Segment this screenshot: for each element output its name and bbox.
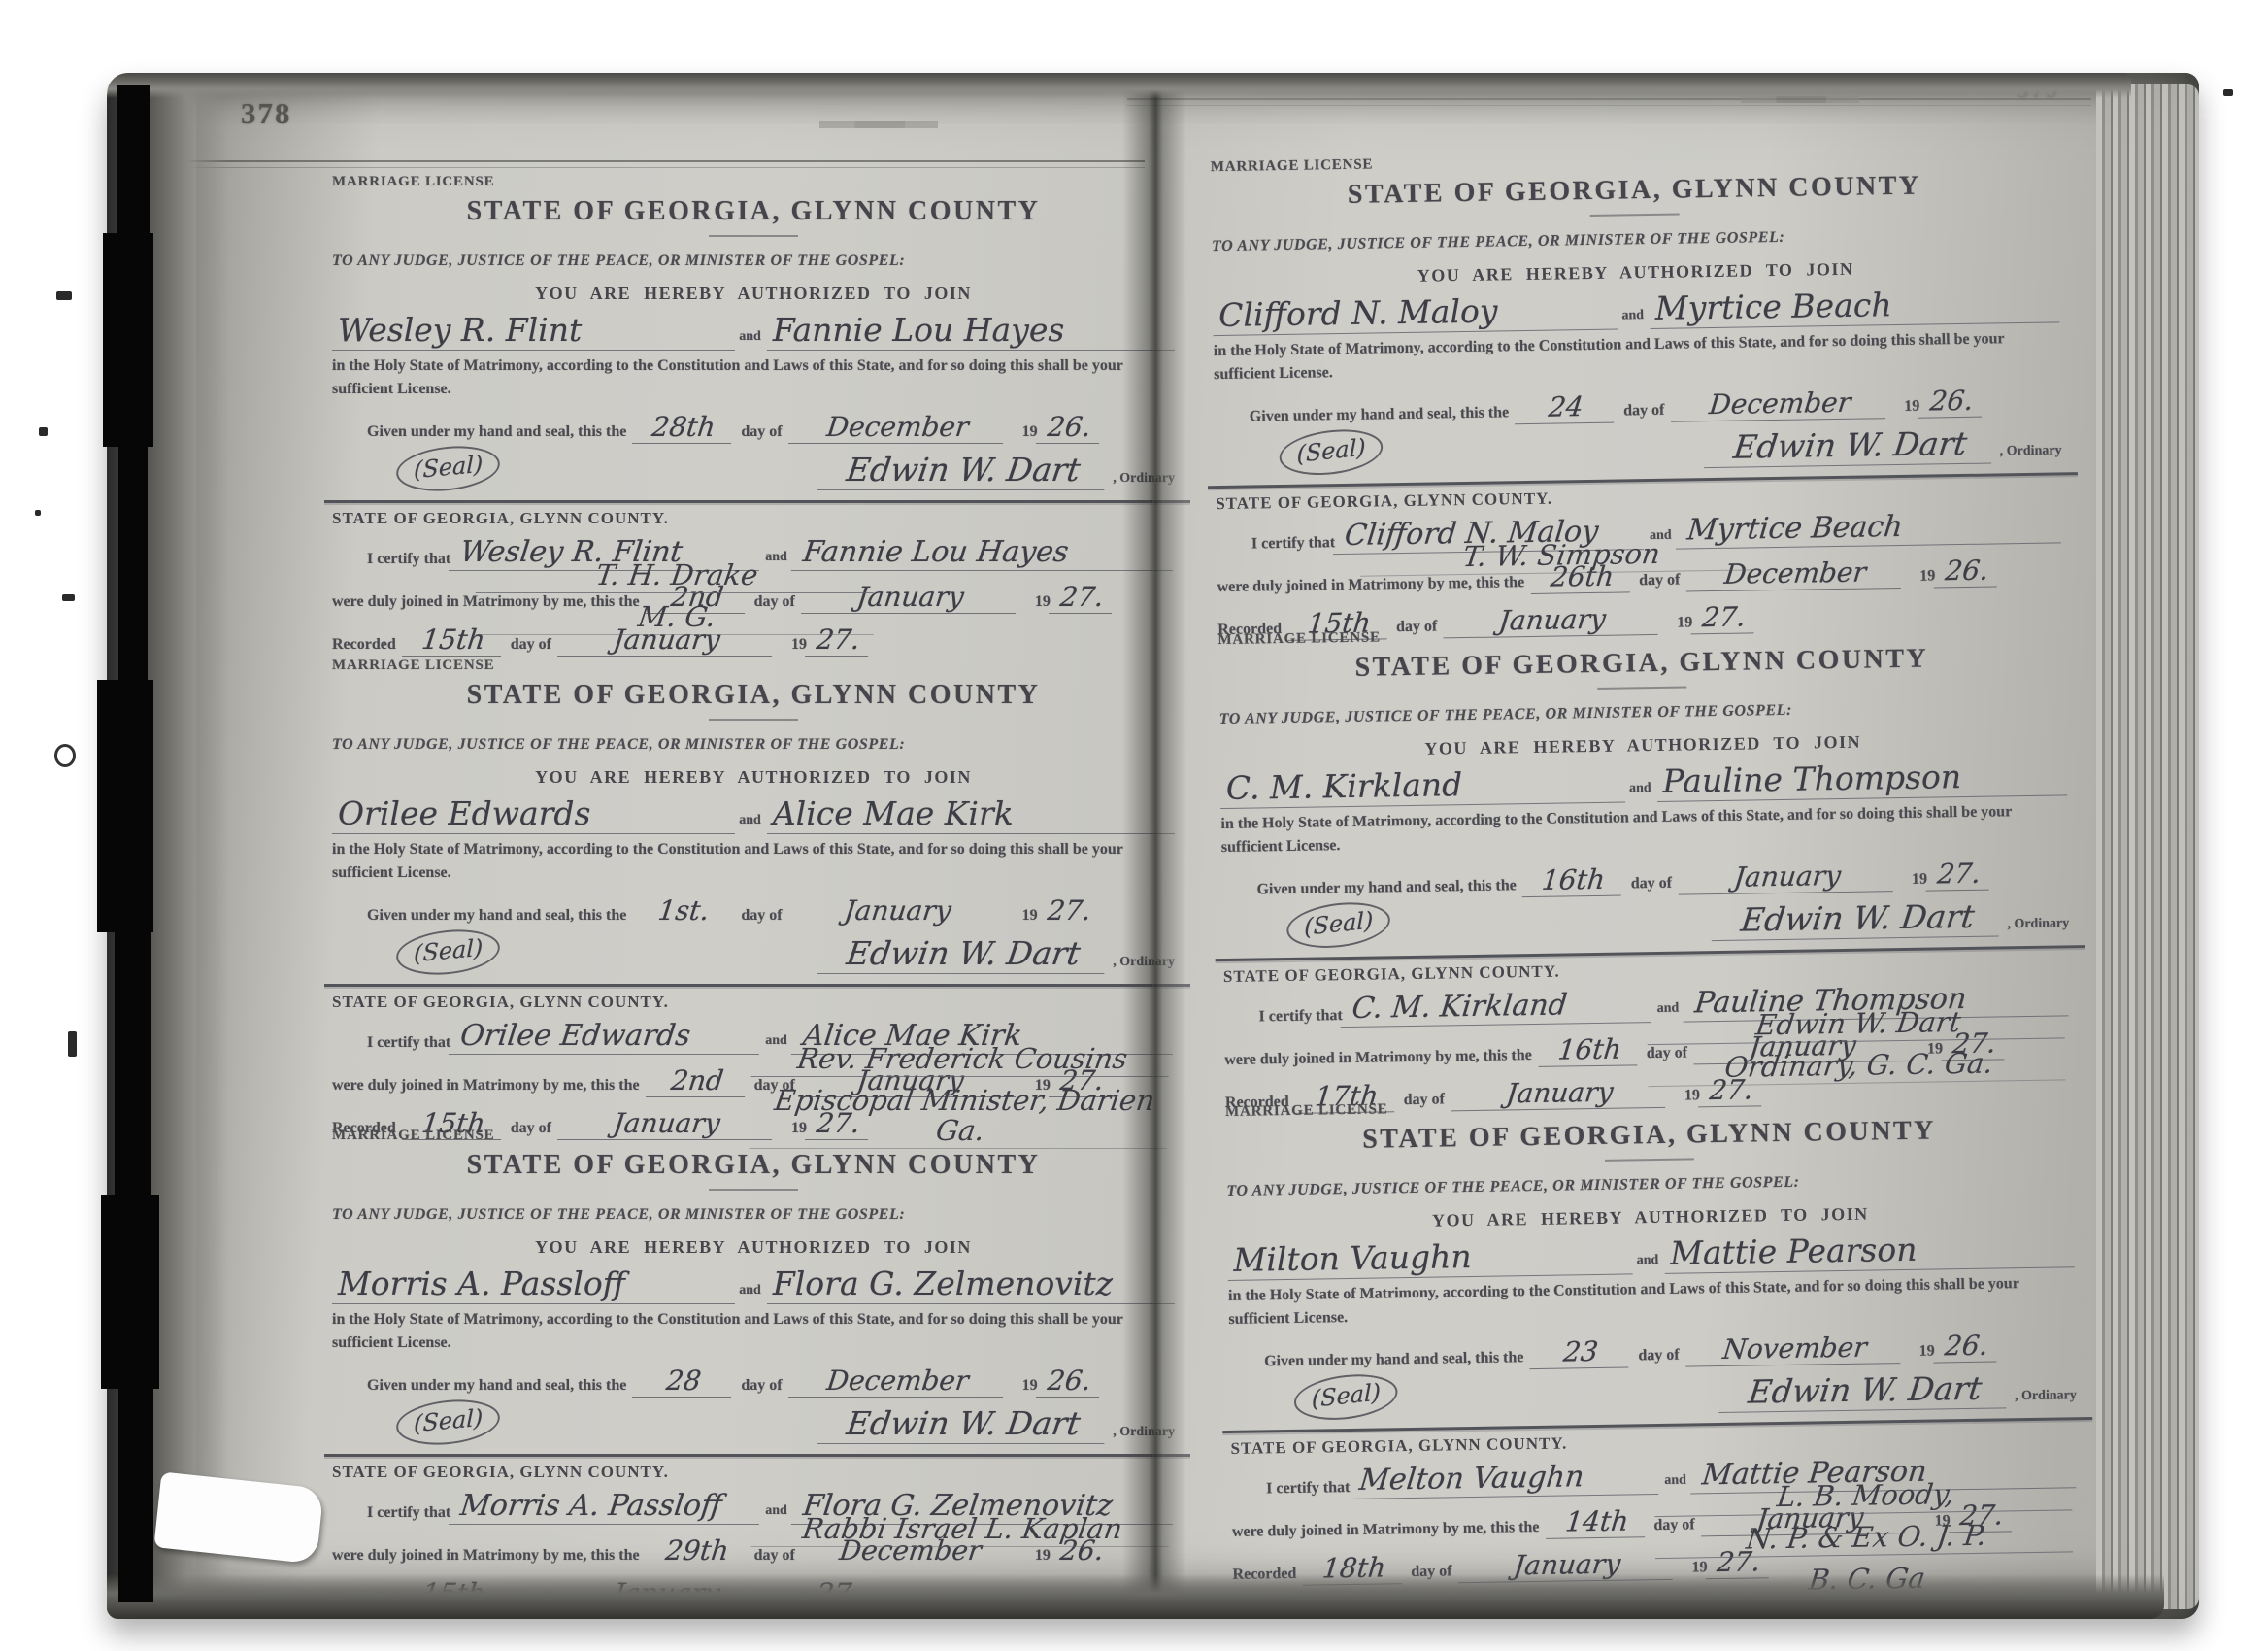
marriage-license-record: MARRIAGE LICENSE STATE OF GEORGIA, GLYNN… — [332, 657, 1175, 1143]
license-month: January — [1678, 860, 1895, 895]
year-prefix: 19 — [1022, 421, 1038, 444]
given-prefix: Given under my hand and seal, this the — [1256, 874, 1517, 901]
and-label: and — [1629, 781, 1651, 796]
bride-name: Flora G. Zelmenovitz — [767, 1266, 1175, 1304]
seal-annotation: (Seal) — [396, 442, 501, 495]
certify-groom-name: C. M. Kirkland — [1341, 989, 1655, 1028]
year-prefix: 19 — [1918, 1340, 1934, 1364]
left-page-records: MARRIAGE LICENSE STATE OF GEORGIA, GLYNN… — [196, 77, 1152, 1615]
marriage-license-record: MARRIAGE LICENSE STATE OF GEORGIA, GLYNN… — [1211, 146, 2065, 645]
and-label: and — [1621, 308, 1644, 323]
salutation-line: TO ANY JUDGE, JUSTICE OF THE PEACE, OR M… — [332, 253, 1175, 270]
officiant-signature-line: T. W. Simpson — [1360, 537, 1762, 577]
officiant-signature-line: L. B. Moody, — [1654, 1477, 2076, 1517]
groom-name: Milton Vaughn — [1227, 1236, 1633, 1281]
ordinary-signature: Edwin W. Dart — [1719, 1371, 2012, 1413]
section-divider — [324, 1454, 1190, 1457]
certify-groom-name: Orilee Edwards — [449, 1021, 763, 1055]
book-top-edge — [107, 73, 2131, 98]
scan-artifact — [118, 418, 148, 709]
officiant-signature-line: Edwin W. Dart — [1648, 1005, 2069, 1045]
groom-name: C. M. Kirkland — [1220, 764, 1626, 809]
scan-speck — [56, 291, 72, 300]
marriage-license-record: MARRIAGE LICENSE STATE OF GEORGIA, GLYNN… — [1225, 1091, 2080, 1590]
recorded-label: Recorded — [332, 633, 396, 657]
joined-day: 16th — [1538, 1034, 1640, 1067]
officiant-signature-line: T. H. Drake — [476, 560, 879, 593]
seal-annotation: (Seal) — [1294, 1369, 1398, 1424]
and-label: and — [739, 813, 761, 828]
page-left: 378 MARRIAGE LICENSE STATE OF GEORGIA, G… — [196, 77, 1152, 1615]
salutation-line: TO ANY JUDGE, JUSTICE OF THE PEACE, OR M… — [1219, 697, 2066, 728]
license-day: 24 — [1515, 392, 1617, 425]
book-bottom-edge — [107, 1574, 2164, 1619]
heading-rule — [1590, 214, 1680, 217]
and-label: and — [739, 1283, 761, 1298]
matrimony-clause-line2: sufficient License. — [332, 378, 1175, 401]
bride-name: Myrtice Beach — [1650, 285, 2060, 329]
year-prefix: 19 — [1022, 1374, 1038, 1398]
scan-speck — [39, 427, 48, 436]
ordinary-signature: Edwin W. Dart — [1712, 899, 2004, 941]
form-type-label: MARRIAGE LICENSE — [332, 174, 1175, 190]
scan-speck — [2223, 89, 2233, 96]
officiant-signature-line: M. G. — [476, 602, 879, 635]
matrimony-clause-line2: sufficient License. — [332, 861, 1175, 885]
ordinary-signature: Edwin W. Dart — [817, 454, 1109, 490]
form-type-label: MARRIAGE LICENSE — [332, 1128, 1175, 1144]
year-prefix: 19 — [1022, 904, 1038, 927]
scan-artifact — [97, 680, 153, 932]
ordinary-title-label: , Ordinary — [2000, 443, 2062, 463]
ordinary-signature-line: Edwin W. Dart , Ordinary — [1384, 425, 2062, 473]
certify-prefix: I certify that — [1266, 1476, 1351, 1500]
license-month: December — [788, 413, 1007, 444]
joined-year: 26. — [1934, 556, 2000, 588]
stacked-page-edges — [2096, 84, 2199, 1609]
scan-speck — [54, 744, 76, 767]
joined-day: 14th — [1546, 1506, 1648, 1539]
year-prefix: 19 — [1912, 868, 1927, 892]
license-date-line: Given under my hand and seal, this the 1… — [332, 889, 1175, 927]
heading-rule — [1597, 686, 1686, 689]
ordinary-signature: Edwin W. Dart — [1704, 426, 1996, 468]
officiant-signature-block: T. H. DrakeM. G. — [478, 560, 876, 644]
license-month: November — [1685, 1332, 1903, 1367]
authorization-line: YOU ARE HEREBY AUTHORIZED TO JOIN — [332, 767, 1175, 788]
state-county-heading: STATE OF GEORGIA, GLYNN COUNTY — [1211, 168, 2057, 213]
groom-name: Clifford N. Maloy — [1213, 292, 1618, 337]
section-divider — [324, 500, 1190, 503]
license-year: 26. — [1918, 387, 1984, 419]
heading-rule — [1605, 1158, 1694, 1161]
officiant-signature-line: Rabbi Israel L. Kaplan — [751, 1514, 1174, 1547]
license-month: December — [788, 1366, 1007, 1398]
day-of-label: day of — [1623, 399, 1665, 423]
joined-prefix: were duly joined in Matrimony by me, thi… — [332, 1544, 640, 1567]
matrimony-clause-line1: in the Holy State of Matrimony, accordin… — [332, 1308, 1175, 1331]
ordinary-signature-line: Edwin W. Dart , Ordinary — [1398, 1370, 2077, 1418]
marriage-license-record: MARRIAGE LICENSE STATE OF GEORGIA, GLYNN… — [332, 1128, 1175, 1613]
ordinary-signature-line: Edwin W. Dart , Ordinary — [500, 937, 1175, 974]
license-year: 26. — [1036, 1366, 1102, 1398]
seal-signature-row: (Seal) Edwin W. Dart , Ordinary — [332, 929, 1175, 974]
officiant-signature-line: Ordinary, G. C. Ga. — [1648, 1047, 2069, 1087]
state-county-heading: STATE OF GEORGIA, GLYNN COUNTY — [332, 1150, 1175, 1181]
certificate-heading: STATE OF GEORGIA, GLYNN COUNTY. — [332, 1463, 1175, 1482]
day-of-label: day of — [1638, 1344, 1680, 1368]
joined-prefix: were duly joined in Matrimony by me, thi… — [332, 1074, 640, 1097]
authorization-line: YOU ARE HEREBY AUTHORIZED TO JOIN — [332, 1237, 1175, 1258]
page-right: 379 MARRIAGE LICENSE STATE OF GEORGIA, G… — [1152, 77, 2099, 1615]
and-label: and — [739, 329, 761, 345]
ordinary-title-label: , Ordinary — [2015, 1388, 2077, 1408]
bride-name: Alice Mae Kirk — [767, 796, 1175, 834]
officiant-signature-block: Rabbi Israel L. Kaplan — [753, 1514, 1171, 1556]
book-gutter-shadow — [1122, 73, 1186, 1619]
couple-names-line: Orilee Edwards and Alice Mae Kirk — [332, 793, 1175, 834]
couple-names-line: Wesley R. Flint and Fannie Lou Hayes — [332, 310, 1175, 351]
book-spread: 378 MARRIAGE LICENSE STATE OF GEORGIA, G… — [107, 73, 2199, 1619]
groom-name: Orilee Edwards — [332, 796, 735, 834]
scan-speck — [35, 510, 41, 516]
day-of-label: day of — [1631, 872, 1673, 896]
joined-year: 27. — [1049, 583, 1115, 614]
authorization-line: YOU ARE HEREBY AUTHORIZED TO JOIN — [332, 284, 1175, 304]
heading-rule — [709, 235, 798, 237]
certify-prefix: I certify that — [367, 1501, 450, 1525]
joined-prefix: were duly joined in Matrimony by me, thi… — [1224, 1044, 1532, 1072]
given-prefix: Given under my hand and seal, this the — [367, 1374, 626, 1398]
joined-prefix: were duly joined in Matrimony by me, thi… — [1232, 1516, 1540, 1544]
couple-names-line: Morris A. Passloff and Flora G. Zelmenov… — [332, 1264, 1175, 1304]
license-year: 26. — [1036, 413, 1102, 444]
ordinary-title-label: , Ordinary — [2007, 916, 2069, 936]
seal-signature-row: (Seal) Edwin W. Dart , Ordinary — [332, 1399, 1175, 1444]
section-divider — [324, 984, 1190, 987]
salutation-line: TO ANY JUDGE, JUSTICE OF THE PEACE, OR M… — [332, 736, 1175, 754]
license-day: 28th — [632, 413, 735, 444]
form-type-label: MARRIAGE LICENSE — [332, 657, 1175, 674]
seal-annotation: (Seal) — [396, 1396, 501, 1449]
day-of-label: day of — [741, 904, 782, 927]
ordinary-signature-line: Edwin W. Dart , Ordinary — [1390, 898, 2069, 946]
given-prefix: Given under my hand and seal, this the — [1264, 1346, 1524, 1373]
certify-prefix: I certify that — [1258, 1004, 1343, 1028]
license-day: 23 — [1530, 1336, 1632, 1369]
matrimony-clause-line1: in the Holy State of Matrimony, accordin… — [332, 354, 1175, 378]
bride-name: Mattie Pearson — [1664, 1230, 2075, 1274]
certify-prefix: I certify that — [367, 548, 450, 571]
matrimony-clause-line1: in the Holy State of Matrimony, accordin… — [332, 838, 1175, 861]
salutation-line: TO ANY JUDGE, JUSTICE OF THE PEACE, OR M… — [332, 1206, 1175, 1224]
groom-name: Morris A. Passloff — [332, 1266, 735, 1304]
certificate-heading: STATE OF GEORGIA, GLYNN COUNTY. — [332, 993, 1175, 1012]
state-county-heading: STATE OF GEORGIA, GLYNN COUNTY — [1218, 641, 2065, 686]
given-prefix: Given under my hand and seal, this the — [367, 904, 626, 927]
salutation-line: TO ANY JUDGE, JUSTICE OF THE PEACE, OR M… — [1226, 1169, 2073, 1200]
right-page-records: MARRIAGE LICENSE STATE OF GEORGIA, GLYNN… — [1129, 63, 2100, 1616]
state-county-heading: STATE OF GEORGIA, GLYNN COUNTY — [332, 680, 1175, 711]
certify-prefix: I certify that — [1251, 531, 1336, 556]
scan-speck — [62, 594, 75, 601]
license-year: 26. — [1933, 1331, 1999, 1364]
certify-groom-name: Morris A. Passloff — [449, 1491, 763, 1525]
bride-name: Fannie Lou Hayes — [767, 313, 1175, 351]
given-prefix: Given under my hand and seal, this the — [1250, 401, 1510, 428]
license-day: 28 — [632, 1366, 735, 1398]
officiant-signature-line: N. P. & Ex O. J. P. — [1655, 1519, 2077, 1559]
certify-groom-name: Melton Vaughn — [1348, 1461, 1662, 1499]
ordinary-signature: Edwin W. Dart — [817, 937, 1109, 974]
seal-signature-row: (Seal) Edwin W. Dart , Ordinary — [332, 446, 1175, 490]
officiant-signature-line: Rev. Frederick Cousins — [751, 1044, 1174, 1077]
scan-speck — [68, 1031, 77, 1057]
day-of-label: day of — [741, 421, 782, 444]
license-date-line: Given under my hand and seal, this the 2… — [332, 405, 1175, 444]
heading-rule — [709, 1189, 798, 1191]
license-day: 1st. — [632, 896, 735, 927]
joined-day: 2nd — [646, 1066, 749, 1097]
ordinary-signature: Edwin W. Dart — [817, 1407, 1109, 1444]
scanned-record-book: 378 MARRIAGE LICENSE STATE OF GEORGIA, G… — [0, 0, 2268, 1651]
license-month: December — [1671, 387, 1888, 422]
seal-annotation: (Seal) — [396, 926, 501, 979]
certify-prefix: I certify that — [367, 1031, 450, 1055]
license-year: 27. — [1925, 859, 1991, 892]
groom-name: Wesley R. Flint — [332, 313, 735, 351]
license-month: January — [788, 896, 1007, 927]
matrimony-clause-line2: sufficient License. — [332, 1331, 1175, 1355]
and-label: and — [1637, 1253, 1659, 1268]
certificate-heading: STATE OF GEORGIA, GLYNN COUNTY. — [332, 509, 1175, 528]
license-year: 27. — [1036, 896, 1102, 927]
joined-day: 29th — [646, 1536, 749, 1567]
seal-annotation: (Seal) — [1286, 897, 1390, 952]
day-of-label: day of — [741, 1374, 782, 1398]
bride-name: Pauline Thompson — [1656, 758, 2067, 802]
heading-rule — [709, 719, 798, 721]
scan-artifact — [118, 1360, 153, 1602]
marriage-license-record: MARRIAGE LICENSE STATE OF GEORGIA, GLYNN… — [1217, 619, 2072, 1118]
officiant-signature-block: T. W. Simpson — [1362, 537, 1761, 585]
license-day: 16th — [1522, 864, 1624, 897]
state-county-heading: STATE OF GEORGIA, GLYNN COUNTY — [1225, 1113, 2072, 1158]
given-prefix: Given under my hand and seal, this the — [367, 421, 626, 444]
license-date-line: Given under my hand and seal, this the 2… — [332, 1359, 1175, 1398]
scan-artifact — [115, 903, 151, 1224]
marriage-license-record: MARRIAGE LICENSE STATE OF GEORGIA, GLYNN… — [332, 174, 1175, 659]
year-prefix: 19 — [1904, 395, 1919, 419]
salutation-line: TO ANY JUDGE, JUSTICE OF THE PEACE, OR M… — [1212, 224, 2058, 255]
state-county-heading: STATE OF GEORGIA, GLYNN COUNTY — [332, 196, 1175, 227]
ordinary-signature-line: Edwin W. Dart , Ordinary — [500, 454, 1175, 490]
seal-annotation: (Seal) — [1280, 425, 1384, 480]
scan-artifact — [103, 233, 153, 447]
officiant-signature-block: Edwin W. DartOrdinary, G. C. Ga. — [1650, 1005, 2068, 1095]
ordinary-signature-line: Edwin W. Dart , Ordinary — [500, 1407, 1175, 1444]
